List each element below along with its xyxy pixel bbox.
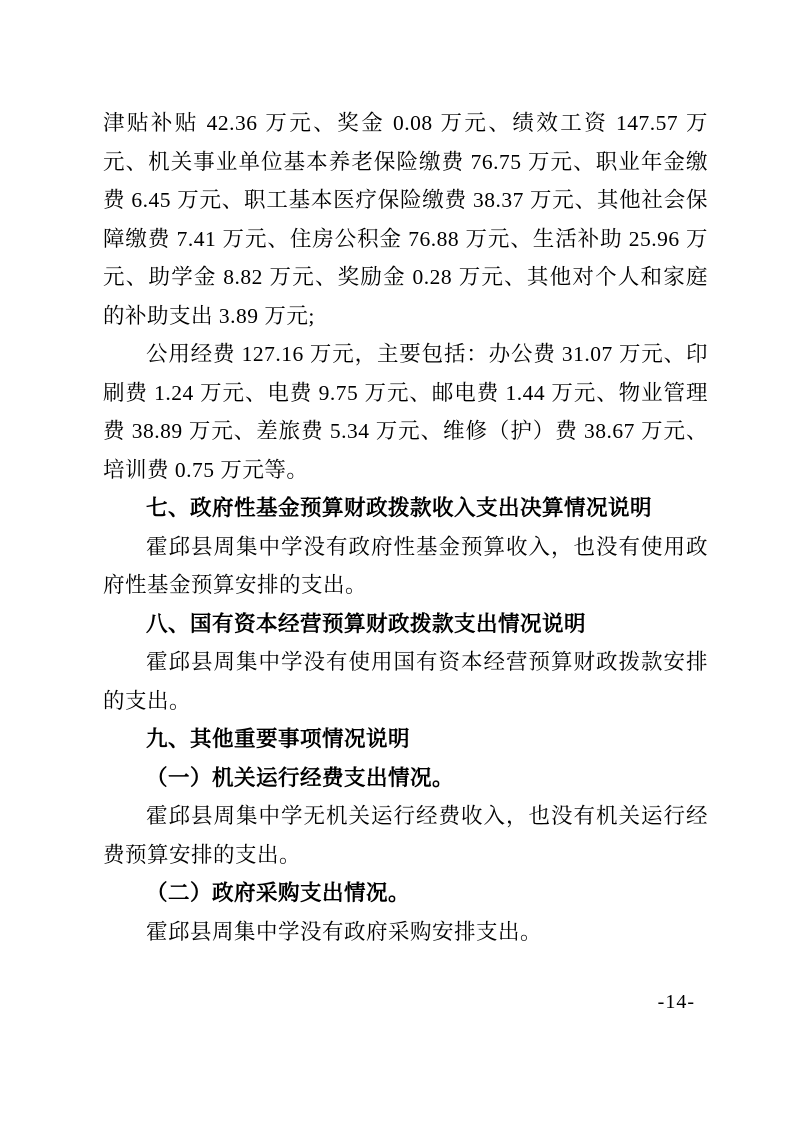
heading-section-9: 九、其他重要事项情况说明: [103, 720, 708, 759]
heading-section-9-1: （一）机关运行经费支出情况。: [103, 759, 708, 798]
paragraph-section-9-1: 霍邱县周集中学无机关运行经费收入，也没有机关运行经费预算安排的支出。: [103, 797, 708, 874]
document-page: 津贴补贴 42.36 万元、奖金 0.08 万元、绩效工资 147.57 万元、…: [0, 0, 793, 1122]
paragraph-section-9-2: 霍邱县周集中学没有政府采购安排支出。: [103, 913, 708, 952]
heading-section-7: 七、政府性基金预算财政拨款收入支出决算情况说明: [103, 489, 708, 528]
paragraph-section-7: 霍邱县周集中学没有政府性基金预算收入，也没有使用政府性基金预算安排的支出。: [103, 528, 708, 605]
paragraph-public-funds: 公用经费 127.16 万元，主要包括：办公费 31.07 万元、印刷费 1.2…: [103, 335, 708, 489]
heading-section-8: 八、国有资本经营预算财政拨款支出情况说明: [103, 605, 708, 644]
paragraph-section-8: 霍邱县周集中学没有使用国有资本经营预算财政拨款安排的支出。: [103, 643, 708, 720]
heading-section-9-2: （二）政府采购支出情况。: [103, 874, 708, 913]
paragraph-personnel-subsidies: 津贴补贴 42.36 万元、奖金 0.08 万元、绩效工资 147.57 万元、…: [103, 104, 708, 335]
page-content: 津贴补贴 42.36 万元、奖金 0.08 万元、绩效工资 147.57 万元、…: [103, 104, 708, 951]
page-number: -14-: [658, 991, 695, 1014]
